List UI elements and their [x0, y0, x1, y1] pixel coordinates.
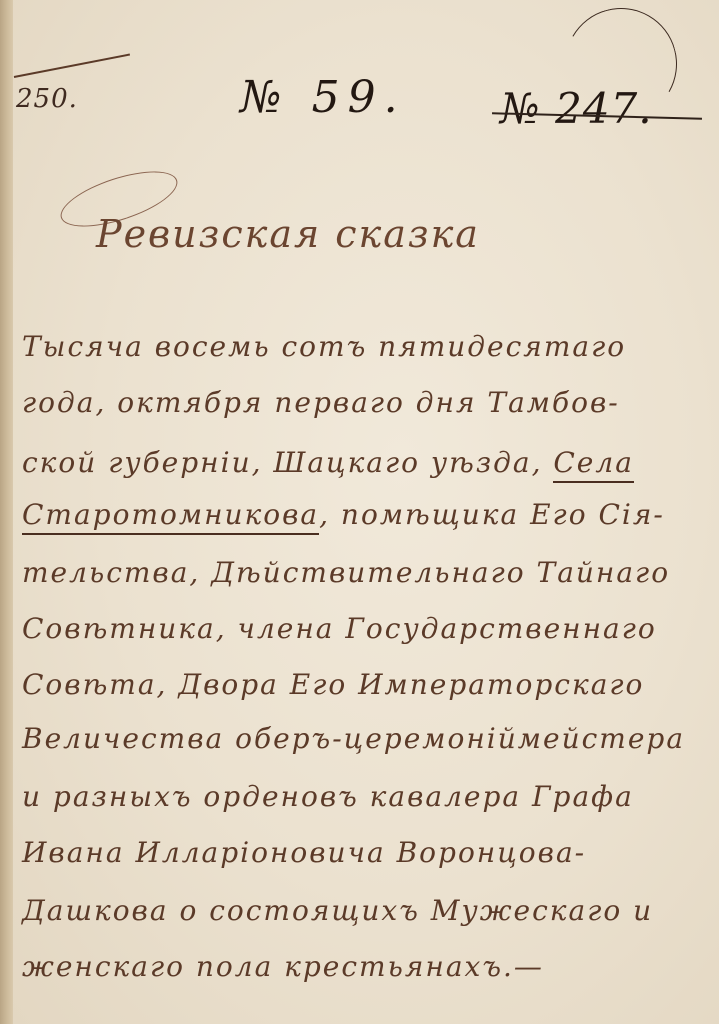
body-line-6: Совѣтника, члена Государственнаго: [22, 612, 657, 645]
body-line-7: Совѣта, Двора Его Императорскаго: [22, 668, 644, 701]
underlined-village: Села: [553, 446, 634, 483]
document-title: Ревизская сказка: [96, 212, 480, 256]
record-number: № 59.: [240, 72, 406, 123]
body-line-8: Величества оберъ-церемоніймейстера: [22, 722, 685, 755]
body-line-4-text: , помѣщика Его Сія-: [319, 498, 665, 531]
struck-archive-number: № 247.: [500, 84, 653, 133]
body-line-9: и разныхъ орденовъ кавалера Графа: [22, 780, 634, 813]
body-line-5: тельства, Дѣйствительнаго Тайнаго: [22, 556, 670, 589]
body-line-3: ской губерніи, Шацкаго уѣзда, Села: [22, 446, 634, 479]
page-binding-edge: [0, 0, 14, 1024]
body-line-1: Тысяча восемь сотъ пятидесятаго: [22, 330, 626, 363]
body-line-10: Ивана Илларіоновича Воронцова-: [22, 836, 586, 869]
body-line-4: Старотомникова, помѣщика Его Сія-: [22, 498, 665, 531]
body-line-2: года, октября перваго дня Тамбов-: [22, 386, 620, 419]
body-line-3-text: ской губерніи, Шацкаго уѣзда,: [22, 446, 553, 479]
underlined-village-name: Старотомникова: [22, 498, 319, 535]
struck-page-number: 250.: [16, 84, 78, 114]
body-line-12: женскаго пола крестьянахъ.—: [22, 950, 544, 983]
body-line-11: Дашкова о состоящихъ Мужескаго и: [22, 894, 653, 927]
